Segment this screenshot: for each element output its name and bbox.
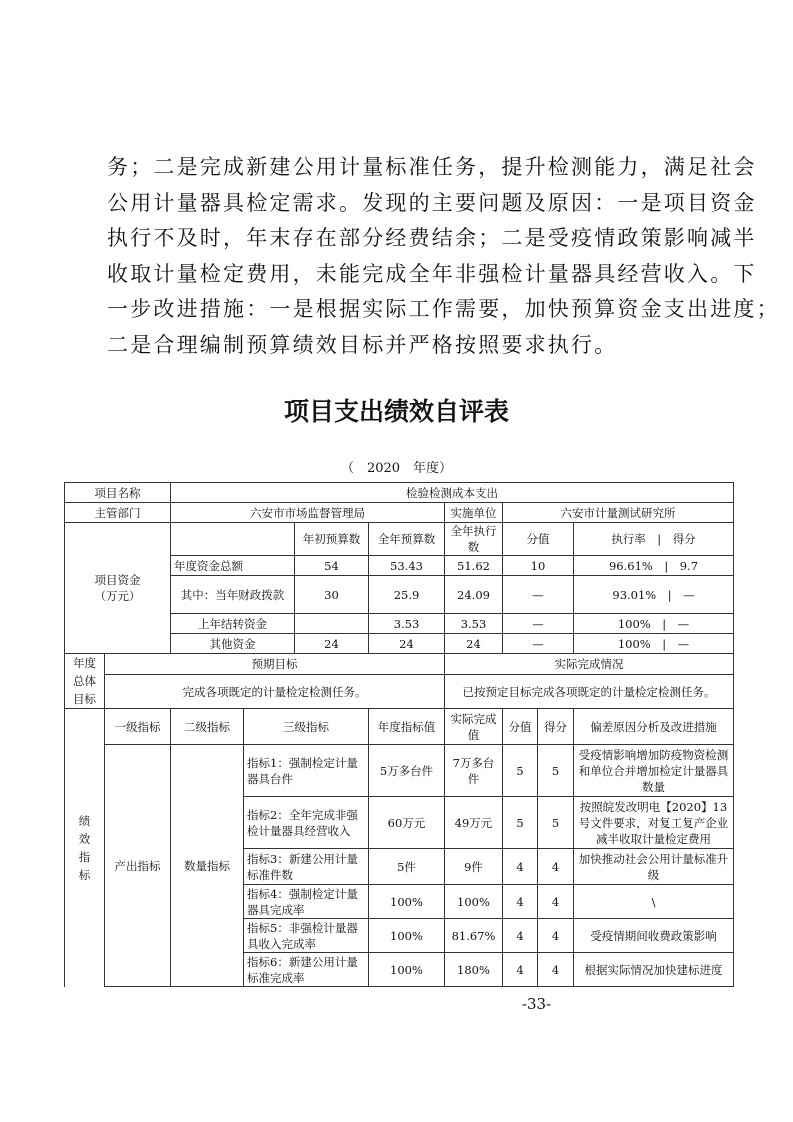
funds-header-row: 项目资金 （万元） 年初预算数 全年预算数 全年执行数 分值 执行率 | 得分 xyxy=(65,523,734,556)
header-full-year: 全年预算数 xyxy=(369,523,445,556)
actual-goal: 已按预定目标完成各项既定的计量检定检测任务。 xyxy=(445,675,734,709)
goals-header-row: 年度 总体 目标 预期目标 实际完成情况 xyxy=(65,654,734,675)
body-line: 收取计量检定费用，未能完成全年非强检计量器具经营收入。下 xyxy=(107,257,697,293)
goals-label: 年度 总体 目标 xyxy=(65,654,105,709)
level2-indicator: 数量指标 xyxy=(171,745,244,987)
project-name-row: 项目名称 检验检测成本支出 xyxy=(65,483,734,503)
expected-goal-header: 预期目标 xyxy=(105,654,445,675)
dept-value: 六安市市场监督管理局 xyxy=(171,503,445,523)
dept-label: 主管部门 xyxy=(65,503,171,523)
body-line: 二是合理编制预算绩效目标并严格按照要求执行。 xyxy=(107,328,697,364)
indicator-header-row: 绩 效 指 标 一级指标 二级指标 三级指标 年度指标值 实际完成值 分值 得分… xyxy=(65,709,734,745)
body-paragraph: 务；二是完成新建公用计量标准任务，提升检测能力，满足社会 公用计量器具检定需求。… xyxy=(107,150,697,363)
page-number: -33- xyxy=(0,995,793,1013)
project-name-label: 项目名称 xyxy=(65,483,171,503)
body-line: 务；二是完成新建公用计量标准任务，提升检测能力，满足社会 xyxy=(107,150,697,186)
dept-row: 主管部门 六安市市场监督管理局 实施单位 六安市计量测试研究所 xyxy=(65,503,734,523)
impl-unit-label: 实施单位 xyxy=(445,503,503,523)
body-line: 执行不及时，年末存在部分经费结余；二是受疫情政策影响减半 xyxy=(107,221,697,257)
year-line: （ 2020 年度） xyxy=(0,457,793,476)
expected-goal: 完成各项既定的计量检定检测任务。 xyxy=(105,675,445,709)
header-score-value: 分值 xyxy=(503,523,574,556)
body-line: 一步改进措施：一是根据实际工作需要，加快预算资金支出进度； xyxy=(107,292,697,328)
table-title: 项目支出绩效自评表 xyxy=(0,392,793,428)
indicators-label: 绩 效 指 标 xyxy=(65,709,105,987)
goals-row: 完成各项既定的计量检定检测任务。 已按预定目标完成各项既定的计量检定检测任务。 xyxy=(65,675,734,709)
body-line: 公用计量器具检定需求。发现的主要问题及原因：一是项目资金 xyxy=(107,186,697,222)
level1-indicator: 产出指标 xyxy=(105,745,171,987)
performance-table: 项目名称 检验检测成本支出 主管部门 六安市市场监督管理局 实施单位 六安市计量… xyxy=(64,482,734,987)
indicator-row: 产出指标 数量指标 指标1：强制检定计量器具台件 5万多台件 7万多台件 5 5… xyxy=(65,745,734,797)
impl-unit-value: 六安市计量测试研究所 xyxy=(503,503,734,523)
header-rate-score: 执行率 | 得分 xyxy=(574,523,734,556)
header-initial: 年初预算数 xyxy=(295,523,369,556)
actual-goal-header: 实际完成情况 xyxy=(445,654,734,675)
header-executed: 全年执行数 xyxy=(445,523,503,556)
funds-label: 项目资金 （万元） xyxy=(65,523,171,654)
funds-header-blank xyxy=(171,523,295,556)
project-name: 检验检测成本支出 xyxy=(171,483,734,503)
